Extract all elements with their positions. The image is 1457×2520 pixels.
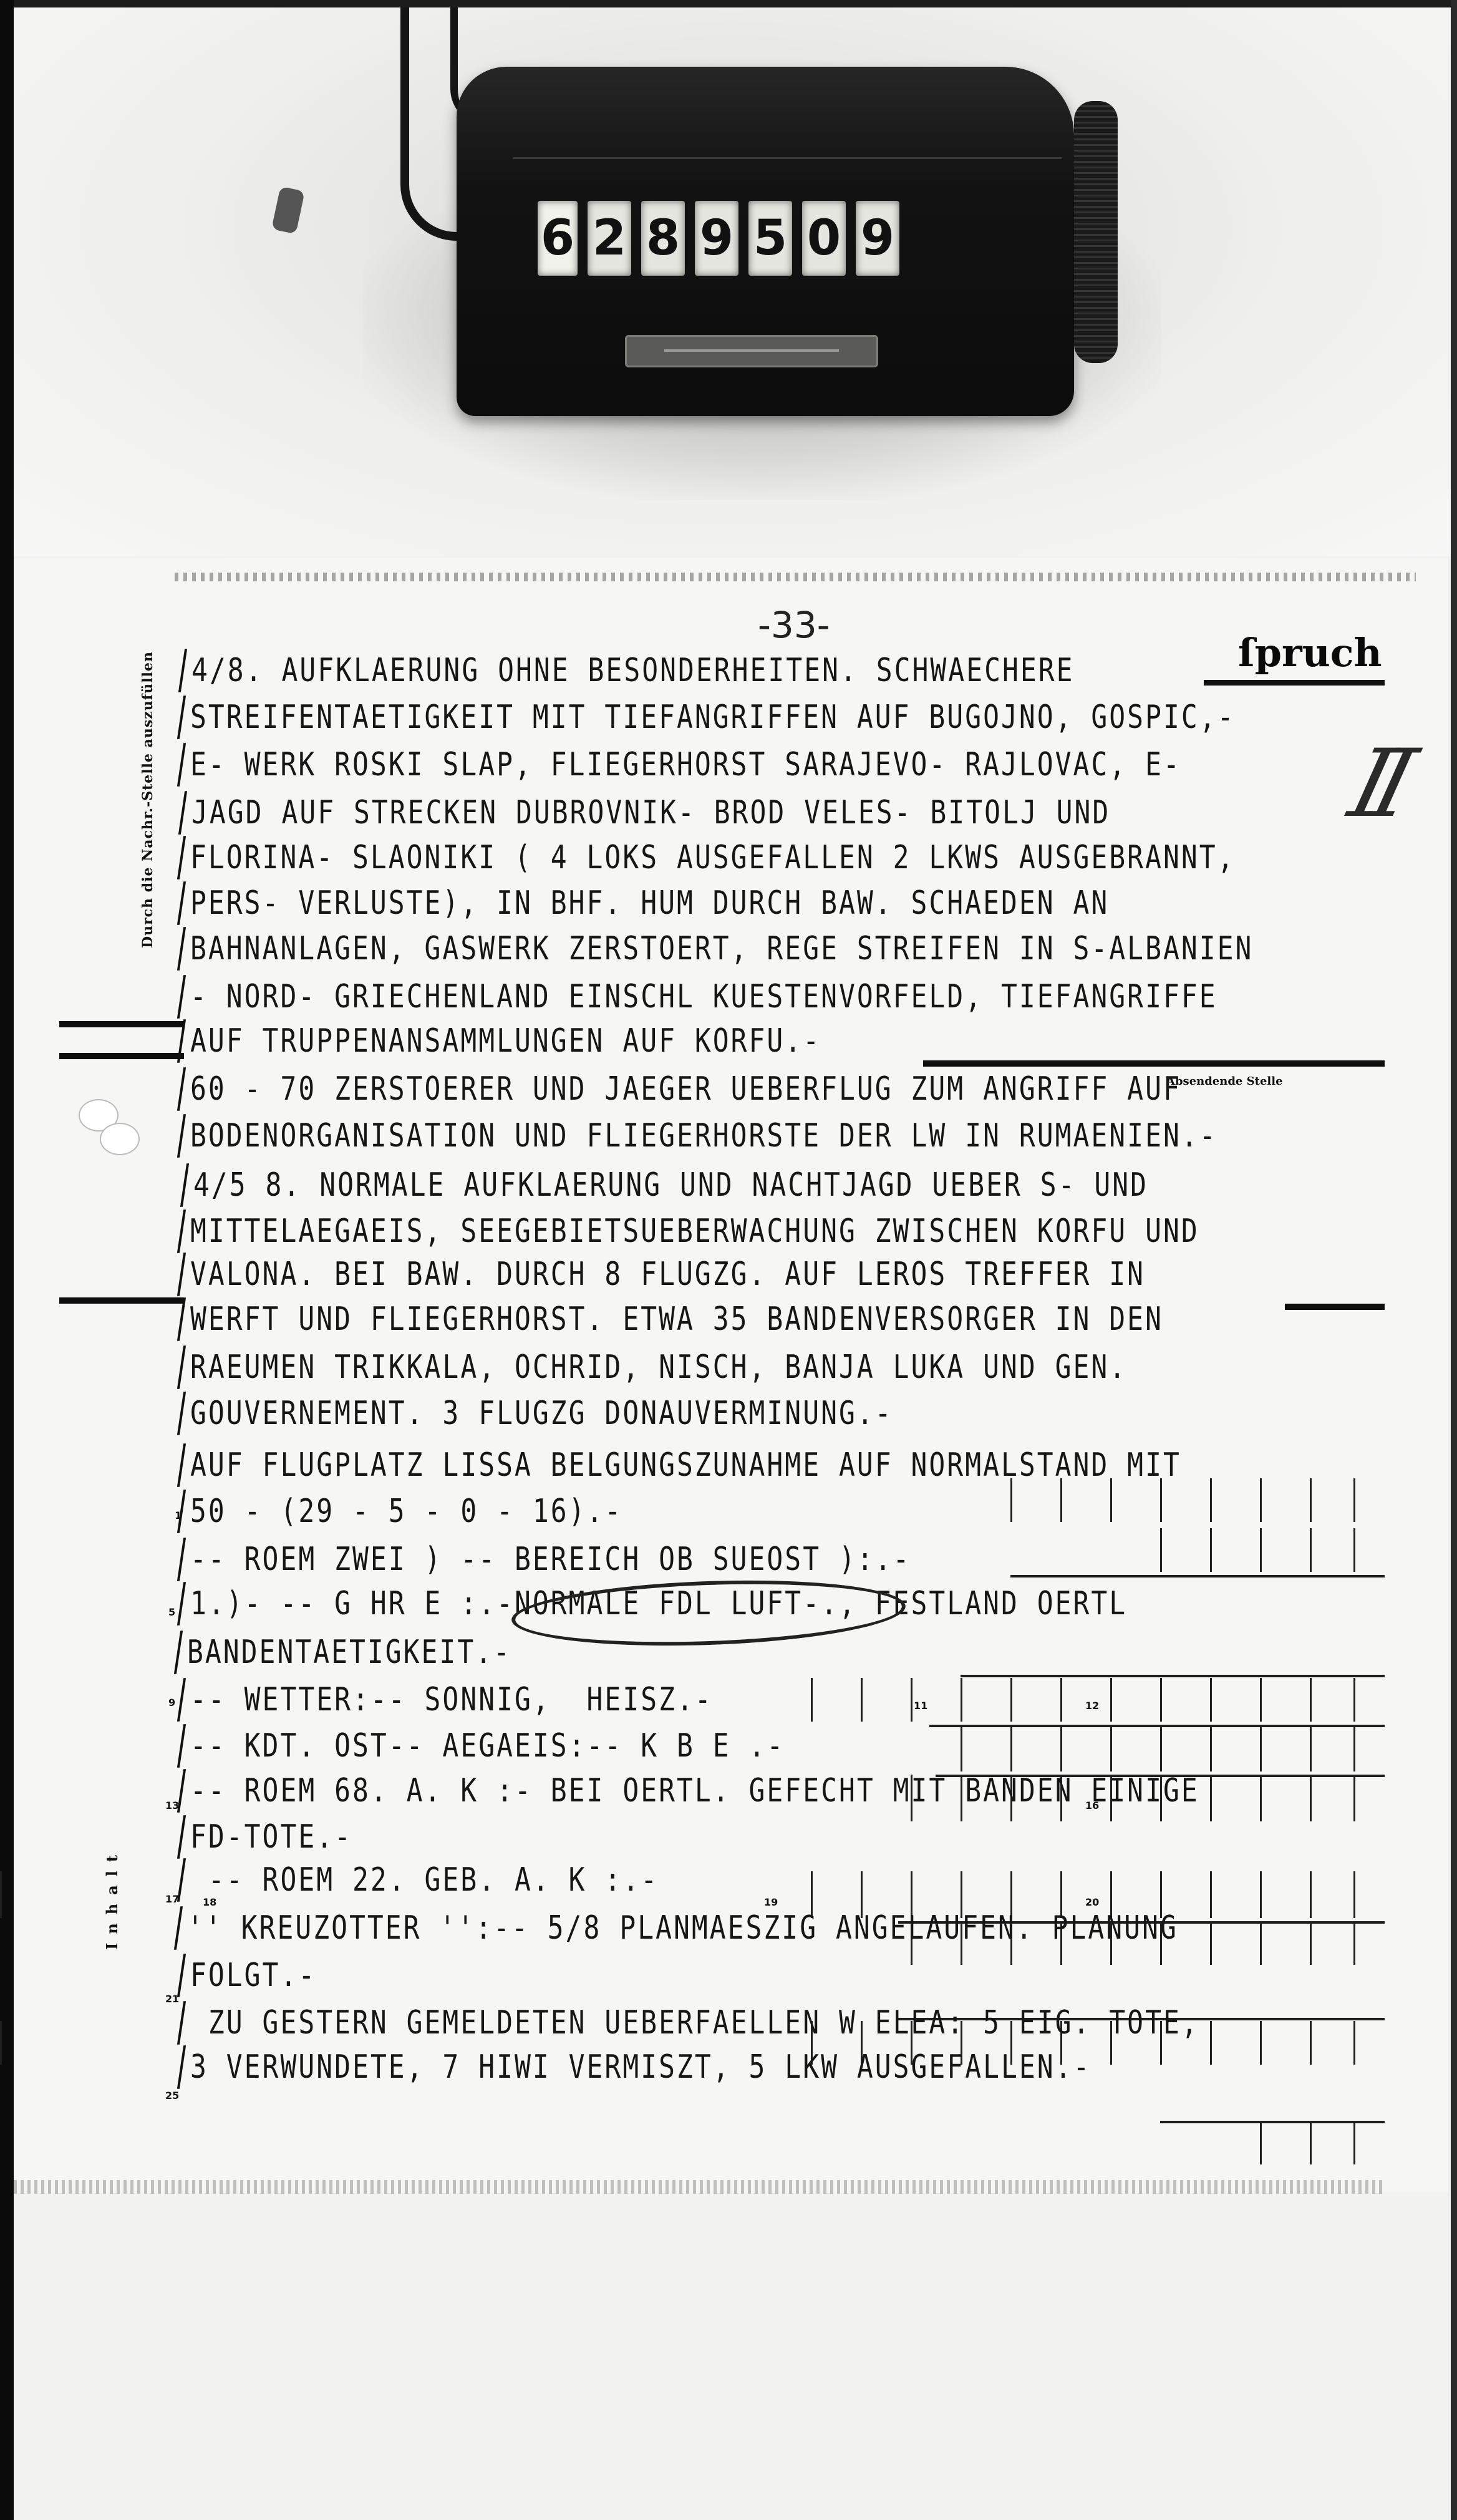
- message-line: AUF TRUPPENANSAMMLUNGEN AUF KORFU.-: [190, 1022, 821, 1060]
- message-line: -- KDT. OST-- AEGAEIS:-- K B E .-: [190, 1727, 785, 1765]
- grid-tick: [1353, 1678, 1355, 1722]
- message-line: GOUVERNEMENT. 3 FLUGZG DONAUVERMINUNG.-: [190, 1395, 893, 1432]
- grid-tick: [961, 1678, 962, 1722]
- grid-tick: [1210, 1528, 1212, 1572]
- message-line: BAHNANLAGEN, GASWERK ZERSTOERT, REGE STR…: [190, 930, 1253, 967]
- grid-tick: [1310, 2021, 1312, 2065]
- grid-tick: [1260, 1871, 1262, 1918]
- grid-tick: [1310, 1921, 1312, 1965]
- grid-tick: [861, 1678, 863, 1722]
- counter-digit: 5: [748, 201, 792, 276]
- form-bar: [923, 1060, 1385, 1067]
- message-line: FOLGT.-: [190, 1957, 316, 1994]
- grid-tick: [0, 1871, 2, 1918]
- form-title: ſpruch: [1238, 630, 1382, 676]
- grid-tick: [1310, 1528, 1312, 1572]
- message-line: AUF FLUGPLATZ LISSA BELGUNGSZUNAHME AUF …: [190, 1447, 1181, 1484]
- counter-nameplate: [625, 335, 878, 367]
- side-label-inhalt: Inhalt: [103, 1846, 121, 1950]
- counter-digit: 6: [538, 201, 578, 276]
- grid-tick: [1210, 1678, 1212, 1722]
- message-line: 3 VERWUNDETE, 7 HIWI VERMISZT, 5 LKW AUS…: [190, 2048, 1091, 2086]
- message-line: 60 - 70 ZERSTOERER UND JAEGER UEBERFLUG …: [190, 1070, 1181, 1108]
- grid-line: [929, 1725, 1385, 1727]
- grid-tick: [1210, 1725, 1212, 1771]
- grid-tick: [1353, 1775, 1355, 1821]
- grid-tick: [1260, 1775, 1262, 1821]
- film-border-left: [0, 0, 14, 2520]
- message-line: -- ROEM 22. GEB. A. K :.-: [190, 1861, 659, 1899]
- grid-tick: [1260, 2021, 1262, 2065]
- grid-tick: [1110, 1478, 1112, 1522]
- form-bar: [1285, 1304, 1385, 1310]
- peg-object: [271, 187, 305, 235]
- counter-seam: [513, 157, 1062, 159]
- grid-tick: [1210, 1775, 1212, 1821]
- grid-tick: [1260, 1678, 1262, 1722]
- message-line: RAEUMEN TRIKKALA, OCHRID, NISCH, BANJA L…: [190, 1349, 1127, 1386]
- line-number: 17: [165, 1893, 179, 1905]
- grid-tick: [1010, 1725, 1012, 1771]
- grid-tick: [1160, 1528, 1162, 1572]
- grid-tick: [1210, 1871, 1212, 1918]
- counter-digit: 2: [588, 201, 631, 276]
- grid-tick: [1310, 1725, 1312, 1771]
- film-border-right: [1451, 0, 1457, 2520]
- line-number: 16: [1085, 1800, 1099, 1811]
- grid-tick: [1260, 1725, 1262, 1771]
- grid-tick: [1210, 1921, 1212, 1965]
- page-number: -33-: [758, 604, 830, 646]
- message-line: - NORD- GRIECHENLAND EINSCHL KUESTENVORF…: [190, 978, 1217, 1015]
- message-line: STREIFENTAETIGKEIT MIT TIEFANGRIFFEN AUF…: [190, 699, 1236, 736]
- line-number: 1: [175, 1510, 182, 1521]
- perforation-top: [175, 573, 1416, 581]
- grid-tick: [1160, 1478, 1162, 1522]
- line-number: 18: [203, 1896, 216, 1908]
- message-line: FD-TOTE.-: [190, 1818, 352, 1856]
- message-line: '' KREUZOTTER '':-- 5/8 PLANMAESZIG ANGE…: [187, 1909, 1178, 1947]
- line-number: 12: [1085, 1700, 1099, 1712]
- grid-tick: [1160, 1725, 1162, 1771]
- counter-digit: 9: [856, 201, 899, 276]
- grid-tick: [1010, 1678, 1012, 1722]
- message-line: 50 - (29 - 5 - 0 - 16).-: [190, 1493, 622, 1530]
- counter-photo: 6 2 8 9 5 0 9: [14, 7, 1451, 556]
- grid-tick: [1210, 1478, 1212, 1522]
- form-title-rule: [1204, 680, 1385, 686]
- grid-tick: [911, 1678, 912, 1722]
- grid-tick: [1353, 2021, 1355, 2065]
- grid-tick: [1353, 1725, 1355, 1771]
- grid-line: [961, 1675, 1385, 1677]
- message-line: -- WETTER:-- SONNIG, HEISZ.-: [190, 1681, 713, 1718]
- grid-tick: [1210, 2021, 1212, 2065]
- message-line: -- ROEM ZWEI ) -- BEREICH OB SUEOST ):.-: [190, 1541, 911, 1578]
- line-number: 5: [168, 1606, 175, 1618]
- counter-digit: 8: [641, 201, 685, 276]
- grid-tick: [1310, 2121, 1312, 2164]
- grid-tick: [1310, 1478, 1312, 1522]
- message-line: ZU GESTERN GEMELDETEN UEBERFAELLEN W ELE…: [190, 2004, 1199, 2042]
- film-border-top: [0, 0, 1457, 7]
- counter-digits: 6 2 8 9 5 0 9: [538, 201, 899, 276]
- grid-tick: [1060, 1725, 1062, 1771]
- grid-tick: [1353, 1478, 1355, 1522]
- grid-tick: [1310, 1775, 1312, 1821]
- grid-tick: [1010, 1478, 1012, 1522]
- message-line: E- WERK ROSKI SLAP, FLIEGERHORST SARAJEV…: [190, 746, 1181, 783]
- message-line: MITTELAEGAEIS, SEEGEBIETSUEBERWACHUNG ZW…: [190, 1213, 1199, 1250]
- form-bar: [59, 1021, 184, 1027]
- message-line: PERS- VERLUSTE), IN BHF. HUM DURCH BAW. …: [190, 884, 1109, 922]
- mechanical-counter: 6 2 8 9 5 0 9: [457, 67, 1074, 416]
- grid-tick: [1353, 2121, 1355, 2164]
- grid-tick: [1353, 1528, 1355, 1572]
- punch-hole: [100, 1123, 140, 1155]
- grid-tick: [1260, 1921, 1262, 1965]
- line-number: 9: [168, 1697, 175, 1708]
- message-line: 4/5 8. NORMALE AUFKLAERUNG UND NACHTJAGD…: [193, 1166, 1148, 1204]
- counter-digit: 0: [802, 201, 846, 276]
- grid-tick: [1310, 1678, 1312, 1722]
- grid-tick: [0, 2021, 2, 2065]
- message-line: WERFT UND FLIEGERHORST. ETWA 35 BANDENVE…: [190, 1301, 1163, 1338]
- grid-tick: [1060, 1678, 1062, 1722]
- message-line: BANDENTAETIGKEIT.-: [187, 1634, 511, 1671]
- grid-tick: [1310, 1871, 1312, 1918]
- counter-reset-knob: [1074, 101, 1118, 363]
- form-bar: [59, 1297, 184, 1304]
- grid-tick: [1260, 1478, 1262, 1522]
- line-number: 11: [914, 1700, 927, 1712]
- counter-digit: 9: [695, 201, 738, 276]
- grid-tick: [1060, 1478, 1062, 1522]
- form-bar: [59, 1053, 184, 1059]
- message-line: JAGD AUF STRECKEN DUBROVNIK- BROD VELES-…: [191, 794, 1110, 831]
- message-line: 4/8. AUFKLAERUNG OHNE BESONDERHEITEN. SC…: [191, 652, 1075, 689]
- message-line: VALONA. BEI BAW. DURCH 8 FLUGZG. AUF LER…: [190, 1256, 1145, 1293]
- grid-line: [1010, 1575, 1385, 1577]
- line-number: 19: [764, 1896, 778, 1908]
- message-line: FLORINA- SLAONIKI ( 4 LOKS AUSGEFALLEN 2…: [190, 839, 1236, 876]
- line-number: 20: [1085, 1896, 1099, 1908]
- grid-tick: [811, 1678, 813, 1722]
- side-label-nachr-stelle: Durch die Nachr.-Stelle auszufüllen: [140, 636, 156, 948]
- grid-tick: [1353, 1871, 1355, 1918]
- grid-tick: [961, 1725, 962, 1771]
- grid-tick: [1260, 2121, 1262, 2164]
- message-line: BODENORGANISATION UND FLIEGERHORSTE DER …: [190, 1117, 1217, 1155]
- grid-tick: [1160, 1678, 1162, 1722]
- grid-tick: [1353, 1921, 1355, 1965]
- line-number: 21: [165, 1993, 179, 2005]
- line-number: 25: [165, 2090, 179, 2101]
- grid-tick: [1110, 1678, 1112, 1722]
- perforation-bottom: [14, 2180, 1386, 2194]
- sender-label: Absendende Stelle: [1166, 1075, 1283, 1088]
- grid-line: [1160, 2121, 1385, 2123]
- grid-tick: [1110, 1725, 1112, 1771]
- message-line: -- ROEM 68. A. K :- BEI OERTL. GEFECHT M…: [190, 1772, 1199, 1810]
- line-number: 13: [165, 1800, 179, 1811]
- grid-tick: [1260, 1528, 1262, 1572]
